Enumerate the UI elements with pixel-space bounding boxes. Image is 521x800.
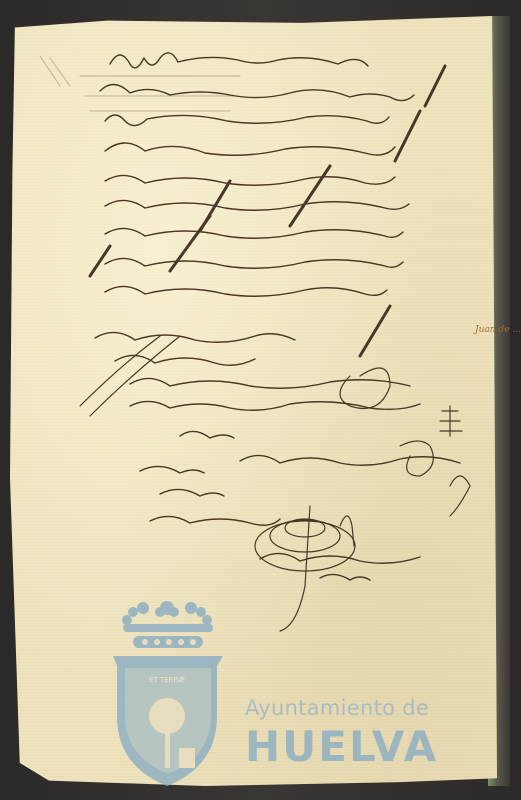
watermark-line-2: HUELVA <box>245 722 438 771</box>
svg-text:ET TERRÆ: ET TERRÆ <box>149 676 185 684</box>
margin-annotation: Juan de ... <box>475 325 521 335</box>
watermark-line-1: Ayuntamiento de <box>245 696 429 720</box>
coat-of-arms-icon: ET TERRÆ <box>105 598 230 788</box>
huelva-watermark: ET TERRÆ Ayuntamiento de HUELVA <box>105 598 445 788</box>
